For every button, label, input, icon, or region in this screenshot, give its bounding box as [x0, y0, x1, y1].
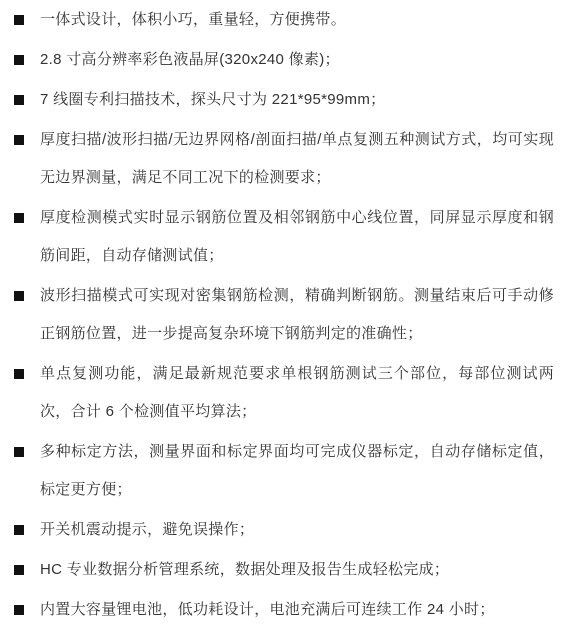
bullet-square-icon	[14, 213, 24, 223]
bullet-square-icon	[14, 135, 24, 145]
bullet-square-icon	[14, 605, 24, 615]
bullet-square-icon	[14, 525, 24, 535]
list-item-text: 多种标定方法，测量界面和标定界面均可完成仪器标定，自动存储标定值，标定更方便；	[40, 443, 554, 498]
list-item: 波形扫描模式可实现对密集钢筋检测，精确判断钢筋。测量结束后可手动修正钢筋位置，进…	[0, 277, 554, 353]
list-item-text: 7 线圈专利扫描技术，探头尺寸为 221*95*99mm；	[40, 91, 385, 108]
list-item-text: 一体式设计，体积小巧，重量轻，方便携带。	[40, 11, 346, 28]
list-item: 单点复测功能，满足最新规范要求单根钢筋测试三个部位，每部位测试两次，合计 6 个…	[0, 355, 554, 431]
list-item-text: 2.8 寸高分辨率彩色液晶屏(320x240 像素)；	[40, 51, 340, 68]
bullet-square-icon	[14, 369, 24, 379]
list-item-text: HC 专业数据分析管理系统，数据处理及报告生成轻松完成；	[40, 561, 449, 578]
bullet-square-icon	[14, 55, 24, 65]
list-item: 开关机震动提示，避免误操作；	[0, 511, 554, 549]
feature-document: 一体式设计，体积小巧，重量轻，方便携带。 2.8 寸高分辨率彩色液晶屏(320x…	[0, 0, 572, 626]
list-item-text: 厚度检测模式实时显示钢筋位置及相邻钢筋中心线位置，同屏显示厚度和钢筋间距，自动存…	[40, 209, 554, 264]
bullet-square-icon	[14, 15, 24, 25]
list-item: 厚度检测模式实时显示钢筋位置及相邻钢筋中心线位置，同屏显示厚度和钢筋间距，自动存…	[0, 199, 554, 275]
list-item: 2.8 寸高分辨率彩色液晶屏(320x240 像素)；	[0, 41, 554, 79]
list-item-text: 波形扫描模式可实现对密集钢筋检测，精确判断钢筋。测量结束后可手动修正钢筋位置，进…	[40, 287, 554, 342]
list-item-text: 厚度扫描/波形扫描/无边界网格/剖面扫描/单点复测五种测试方式，均可实现无边界测…	[40, 131, 554, 186]
bullet-square-icon	[14, 447, 24, 457]
bullet-square-icon	[14, 95, 24, 105]
list-item: 多种标定方法，测量界面和标定界面均可完成仪器标定，自动存储标定值，标定更方便；	[0, 433, 554, 509]
list-item-text: 内置大容量锂电池，低功耗设计，电池充满后可连续工作 24 小时；	[40, 601, 495, 618]
bullet-square-icon	[14, 291, 24, 301]
list-item-text: 单点复测功能，满足最新规范要求单根钢筋测试三个部位，每部位测试两次，合计 6 个…	[40, 365, 554, 420]
list-item: 一体式设计，体积小巧，重量轻，方便携带。	[0, 1, 554, 39]
list-item-text: 开关机震动提示，避免误操作；	[40, 521, 254, 538]
list-item: HC 专业数据分析管理系统，数据处理及报告生成轻松完成；	[0, 551, 554, 589]
bullet-square-icon	[14, 565, 24, 575]
feature-list: 一体式设计，体积小巧，重量轻，方便携带。 2.8 寸高分辨率彩色液晶屏(320x…	[0, 1, 572, 626]
list-item: 内置大容量锂电池，低功耗设计，电池充满后可连续工作 24 小时；	[0, 591, 554, 626]
list-item: 7 线圈专利扫描技术，探头尺寸为 221*95*99mm；	[0, 81, 554, 119]
list-item: 厚度扫描/波形扫描/无边界网格/剖面扫描/单点复测五种测试方式，均可实现无边界测…	[0, 121, 554, 197]
